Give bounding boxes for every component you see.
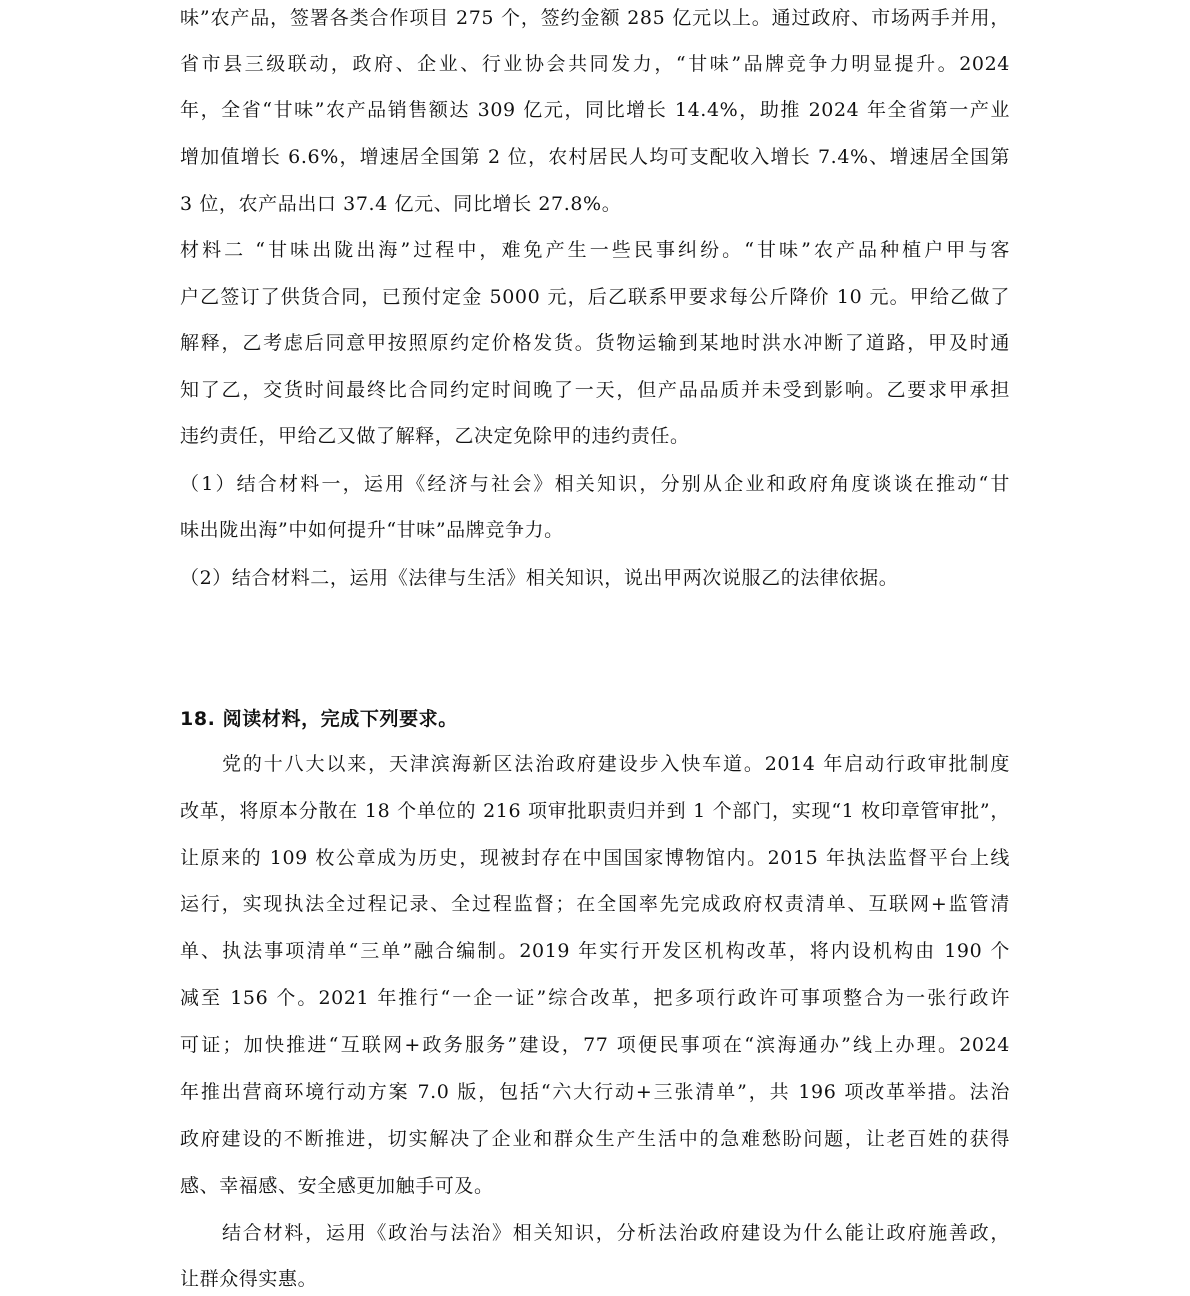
text-line: 味出陇出海”中如何提升“甘味”品牌竞争力。 — [180, 516, 1010, 544]
text-line: 可证；加快推进“互联网+政务服务”建设，77 项便民事项在“滨海通办”线上办理。… — [180, 1031, 1010, 1059]
text-line: 感、幸福感、安全感更加触手可及。 — [180, 1172, 1010, 1200]
text-line: 味”农产品，签署各类合作项目 275 个，签约金额 285 亿元以上。通过政府、… — [180, 4, 1010, 32]
text-line: 3 位，农产品出口 37.4 亿元、同比增长 27.8%。 — [180, 190, 1010, 218]
text-line: 让原来的 109 枚公章成为历史，现被封存在中国国家博物馆内。2015 年执法监… — [180, 844, 1010, 872]
text-line: 改革，将原本分散在 18 个单位的 216 项审批职责归并到 1 个部门，实现“… — [180, 797, 1010, 825]
text-line: （1）结合材料一，运用《经济与社会》相关知识，分别从企业和政府角度谈谈在推动“甘 — [180, 470, 1010, 498]
text-line: 省市县三级联动，政府、企业、行业协会共同发力，“甘味”品牌竞争力明显提升。202… — [180, 50, 1010, 78]
question-heading: 18. 阅读材料，完成下列要求。 — [180, 705, 1010, 733]
text-line: 结合材料，运用《政治与法治》相关知识，分析法治政府建设为什么能让政府施善政， — [180, 1219, 1010, 1247]
text-line: 违约责任，甲给乙又做了解释，乙决定免除甲的违约责任。 — [180, 422, 1010, 450]
text-line: 知了乙，交货时间最终比合同约定时间晚了一天，但产品品质并未受到影响。乙要求甲承担 — [180, 376, 1010, 404]
text-line: 材料二 “甘味出陇出海”过程中，难免产生一些民事纠纷。“甘味”农产品种植户甲与客 — [180, 236, 1010, 264]
text-line: 党的十八大以来，天津滨海新区法治政府建设步入快车道。2014 年启动行政审批制度 — [180, 750, 1010, 778]
text-line: （2）结合材料二，运用《法律与生活》相关知识，说出甲两次说服乙的法律依据。 — [180, 564, 1010, 592]
text-line: 户乙签订了供货合同，已预付定金 5000 元，后乙联系甲要求每公斤降价 10 元… — [180, 283, 1010, 311]
text-line: 让群众得实惠。 — [180, 1265, 1010, 1293]
text-line: 单、执法事项清单“三单”融合编制。2019 年实行开发区机构改革，将内设机构由 … — [180, 937, 1010, 965]
text-line: 年推出营商环境行动方案 7.0 版，包括“六大行动+三张清单”，共 196 项改… — [180, 1078, 1010, 1106]
text-line: 增加值增长 6.6%，增速居全国第 2 位，农村居民人均可支配收入增长 7.4%… — [180, 143, 1010, 171]
text-line: 解释，乙考虑后同意甲按照原约定价格发货。货物运输到某地时洪水冲断了道路，甲及时通 — [180, 329, 1010, 357]
text-line: 年，全省“甘味”农产品销售额达 309 亿元，同比增长 14.4%，助推 202… — [180, 96, 1010, 124]
text-line: 政府建设的不断推进，切实解决了企业和群众生产生活中的急难愁盼问题，让老百姓的获得 — [180, 1125, 1010, 1153]
text-line: 减至 156 个。2021 年推行“一企一证”综合改革，把多项行政许可事项整合为… — [180, 984, 1010, 1012]
text-line: 运行，实现执法全过程记录、全过程监督；在全国率先完成政府权责清单、互联网+监管清 — [180, 890, 1010, 918]
